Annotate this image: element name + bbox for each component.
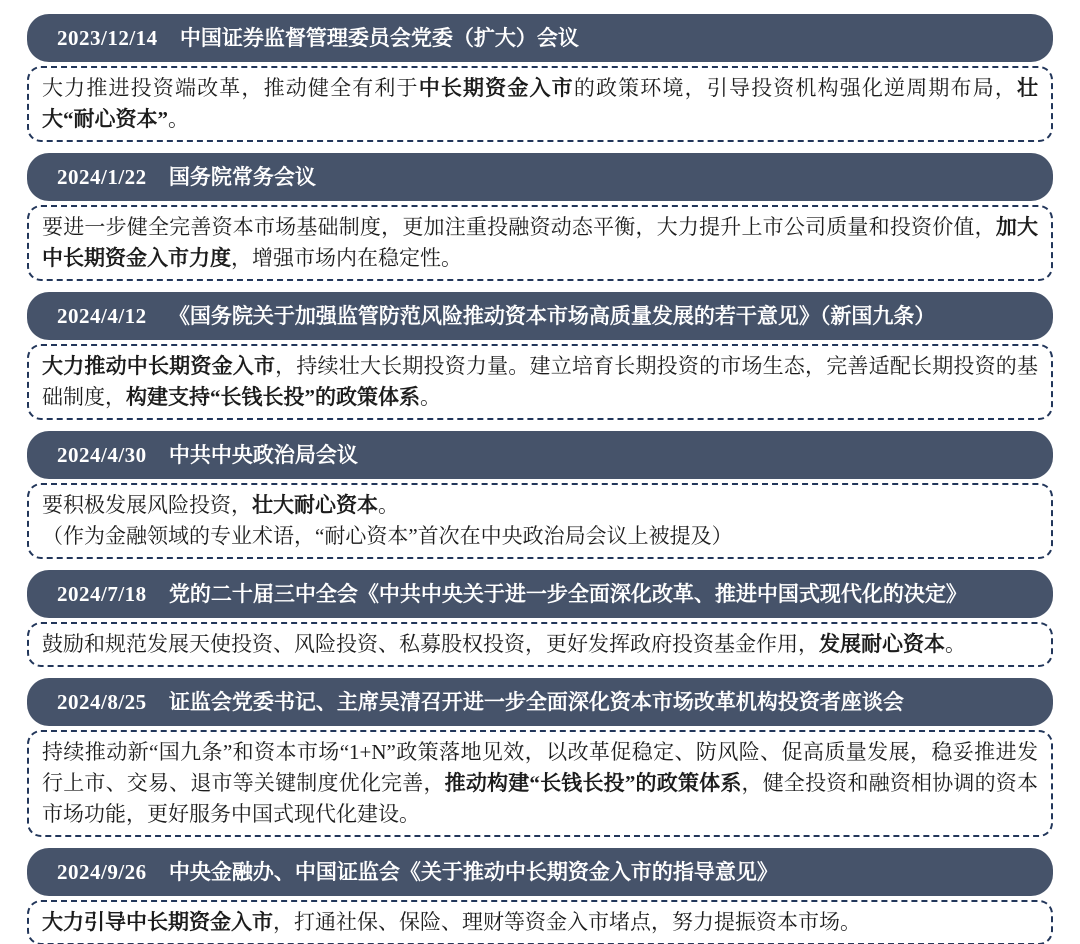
section-date: 2023/12/14 <box>57 26 158 50</box>
body-text: 。 <box>420 385 441 409</box>
section-paragraph: 要进一步健全完善资本市场基础制度，更加注重投融资动态平衡，大力提升上市公司质量和… <box>42 212 1038 274</box>
body-text: 要进一步健全完善资本市场基础制度，更加注重投融资动态平衡，大力提升上市公司质量和… <box>42 215 996 239</box>
body-text: 。 <box>945 632 966 656</box>
body-text: 。 <box>378 493 399 517</box>
timeline-section: 2024/9/26 中央金融办、中国证监会《关于推动中长期资金入市的指导意见》 … <box>27 848 1053 944</box>
section-date: 2024/1/22 <box>57 165 147 189</box>
section-date: 2024/7/18 <box>57 582 147 606</box>
emphasis-text: 大力推动中长期资金入市 <box>42 354 275 378</box>
section-title: 国务院常务会议 <box>169 165 316 189</box>
emphasis-text: 壮大耐心资本 <box>252 493 378 517</box>
timeline-section: 2024/4/12 《国务院关于加强监管防范风险推动资本市场高质量发展的若干意见… <box>27 292 1053 420</box>
section-paragraph: 大力推进投资端改革，推动健全有利于中长期资金入市的政策环境，引导投资机构强化逆周… <box>42 73 1038 135</box>
section-title: 中央金融办、中国证监会《关于推动中长期资金入市的指导意见》 <box>169 860 778 884</box>
section-paragraph: 大力推动中长期资金入市，持续壮大长期投资力量。建立培育长期投资的市场生态，完善适… <box>42 351 1038 413</box>
section-body-box: 大力引导中长期资金入市，打通社保、保险、理财等资金入市堵点，努力提振资本市场。 <box>27 900 1053 944</box>
emphasis-text: 大力引导中长期资金入市 <box>42 910 273 934</box>
section-date: 2024/8/25 <box>57 690 147 714</box>
section-header-bar: 2023/12/14 中国证券监督管理委员会党委（扩大）会议 <box>27 14 1053 62</box>
section-title: 中共中央政治局会议 <box>169 443 358 467</box>
section-title: 《国务院关于加强监管防范风险推动资本市场高质量发展的若干意见》（新国九条） <box>169 304 936 328</box>
section-paragraph: 要积极发展风险投资，壮大耐心资本。 <box>42 490 1038 521</box>
timeline-section: 2024/4/30 中共中央政治局会议 要积极发展风险投资，壮大耐心资本。（作为… <box>27 431 1053 559</box>
section-paragraph: 持续推动新“国九条”和资本市场“1+N”政策落地见效，以改革促稳定、防风险、促高… <box>42 737 1038 830</box>
section-header-bar: 2024/7/18 党的二十届三中全会《中共中央关于进一步全面深化改革、推进中国… <box>27 570 1053 618</box>
section-body-box: 持续推动新“国九条”和资本市场“1+N”政策落地见效，以改革促稳定、防风险、促高… <box>27 730 1053 837</box>
section-body-box: 要积极发展风险投资，壮大耐心资本。（作为金融领域的专业术语，“耐心资本”首次在中… <box>27 483 1053 559</box>
section-paragraph: （作为金融领域的专业术语，“耐心资本”首次在中央政治局会议上被提及） <box>42 521 1038 552</box>
body-text: 大力推进投资端改革，推动健全有利于 <box>42 76 419 100</box>
section-title: 证监会党委书记、主席吴清召开进一步全面深化资本市场改革机构投资者座谈会 <box>169 690 904 714</box>
emphasis-text: 构建支持“长钱长投”的政策体系 <box>126 385 420 409</box>
emphasis-text: 发展耐心资本 <box>819 632 945 656</box>
section-header-bar: 2024/4/30 中共中央政治局会议 <box>27 431 1053 479</box>
section-body-box: 鼓励和规范发展天使投资、风险投资、私募股权投资，更好发挥政府投资基金作用，发展耐… <box>27 622 1053 667</box>
body-text: 的政策环境，引导投资机构强化逆周期布局， <box>574 76 1017 100</box>
section-header-bar: 2024/8/25 证监会党委书记、主席吴清召开进一步全面深化资本市场改革机构投… <box>27 678 1053 726</box>
section-header-bar: 2024/9/26 中央金融办、中国证监会《关于推动中长期资金入市的指导意见》 <box>27 848 1053 896</box>
section-date: 2024/4/12 <box>57 304 147 328</box>
body-text: 。 <box>168 107 189 131</box>
section-body-box: 大力推进投资端改革，推动健全有利于中长期资金入市的政策环境，引导投资机构强化逆周… <box>27 66 1053 142</box>
body-text: ，增强市场内在稳定性。 <box>231 246 462 270</box>
section-header-bar: 2024/1/22 国务院常务会议 <box>27 153 1053 201</box>
section-paragraph: 大力引导中长期资金入市，打通社保、保险、理财等资金入市堵点，努力提振资本市场。 <box>42 907 1038 938</box>
section-title: 党的二十届三中全会《中共中央关于进一步全面深化改革、推进中国式现代化的决定》 <box>169 582 967 606</box>
body-text: ，打通社保、保险、理财等资金入市堵点，努力提振资本市场。 <box>273 910 861 934</box>
timeline-section: 2023/12/14 中国证券监督管理委员会党委（扩大）会议 大力推进投资端改革… <box>27 14 1053 142</box>
timeline-section: 2024/8/25 证监会党委书记、主席吴清召开进一步全面深化资本市场改革机构投… <box>27 678 1053 837</box>
emphasis-text: 推动构建“长钱长投”的政策体系 <box>445 771 742 795</box>
section-date: 2024/9/26 <box>57 860 147 884</box>
section-header-bar: 2024/4/12 《国务院关于加强监管防范风险推动资本市场高质量发展的若干意见… <box>27 292 1053 340</box>
body-text: （作为金融领域的专业术语，“耐心资本”首次在中央政治局会议上被提及） <box>42 524 733 548</box>
timeline-section: 2024/1/22 国务院常务会议 要进一步健全完善资本市场基础制度，更加注重投… <box>27 153 1053 281</box>
section-date: 2024/4/30 <box>57 443 147 467</box>
section-title: 中国证券监督管理委员会党委（扩大）会议 <box>180 26 579 50</box>
body-text: 鼓励和规范发展天使投资、风险投资、私募股权投资，更好发挥政府投资基金作用， <box>42 632 819 656</box>
emphasis-text: 中长期资金入市 <box>419 76 574 100</box>
timeline-section: 2024/7/18 党的二十届三中全会《中共中央关于进一步全面深化改革、推进中国… <box>27 570 1053 667</box>
section-body-box: 要进一步健全完善资本市场基础制度，更加注重投融资动态平衡，大力提升上市公司质量和… <box>27 205 1053 281</box>
policy-timeline: 2023/12/14 中国证券监督管理委员会党委（扩大）会议 大力推进投资端改革… <box>27 14 1053 944</box>
section-paragraph: 鼓励和规范发展天使投资、风险投资、私募股权投资，更好发挥政府投资基金作用，发展耐… <box>42 629 1038 660</box>
body-text: 要积极发展风险投资， <box>42 493 252 517</box>
section-body-box: 大力推动中长期资金入市，持续壮大长期投资力量。建立培育长期投资的市场生态，完善适… <box>27 344 1053 420</box>
